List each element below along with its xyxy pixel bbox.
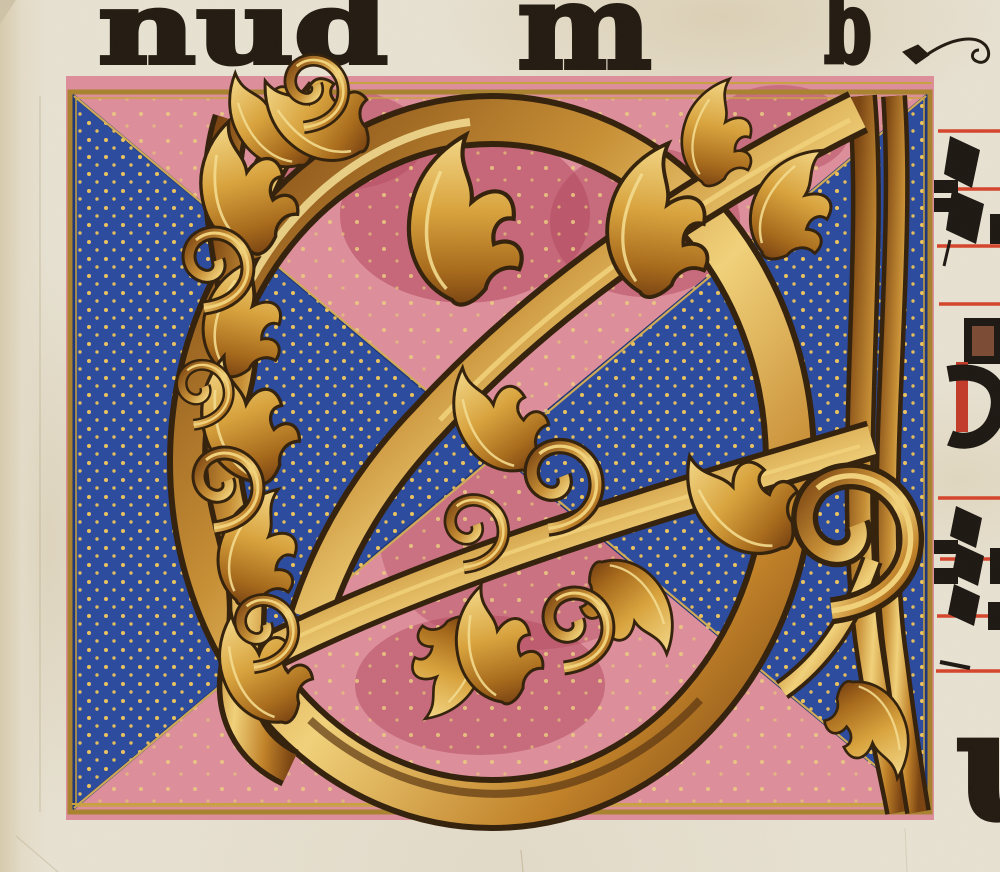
illumination-canvas: nud m b <box>0 0 1000 872</box>
parchment-grain <box>0 0 1000 872</box>
manuscript-page: nud m b <box>0 0 1000 872</box>
